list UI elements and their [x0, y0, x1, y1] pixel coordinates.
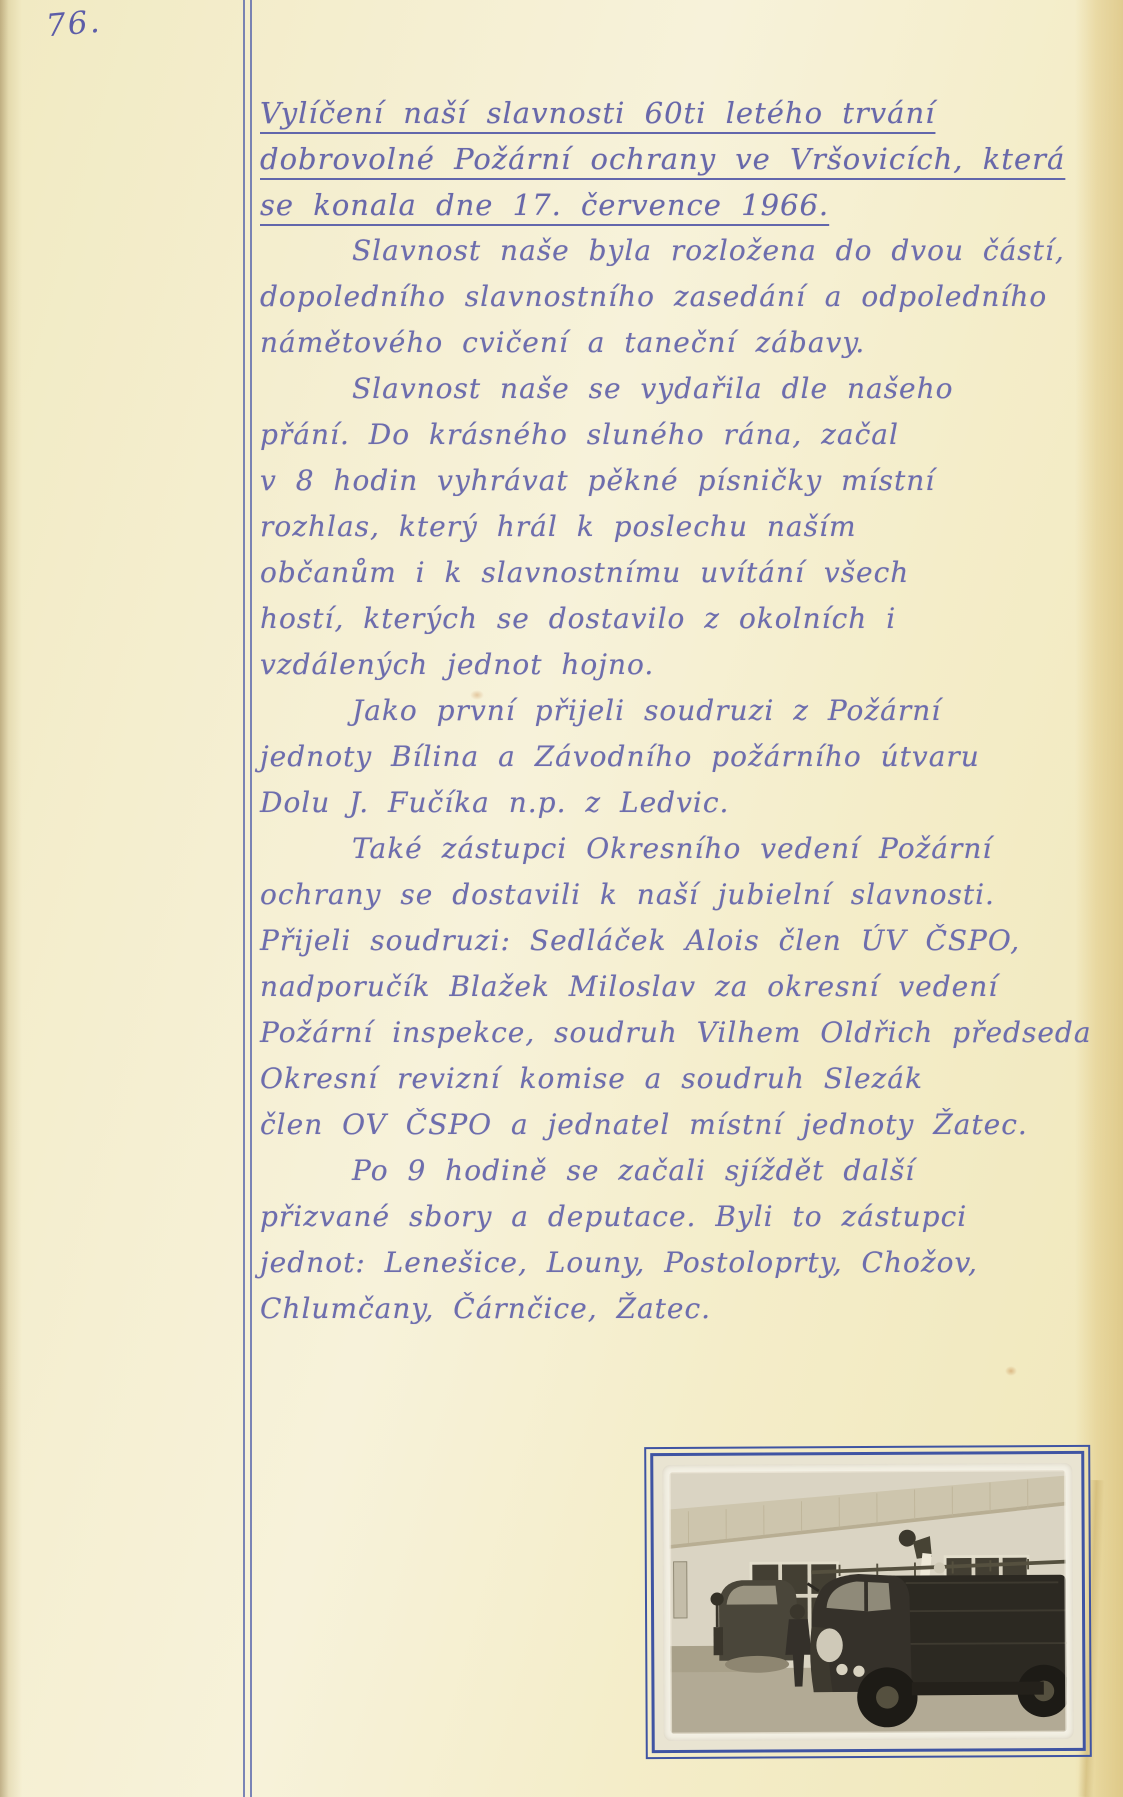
handwritten-line: jednoty Bílina a Závodního požárního útv…	[260, 734, 1120, 780]
handwritten-line: nadporučík Blažek Miloslav za okresní ve…	[260, 964, 1120, 1010]
handwritten-line: Požární inspekce, soudruh Vilhem Oldřich…	[260, 1010, 1120, 1056]
handwritten-line: dobrovolné Požární ochrany ve Vršovicích…	[260, 136, 1120, 182]
handwritten-line: hostí, kterých se dostavilo z okolních i	[260, 596, 1120, 642]
chronicle-page: 76. Vylíčení naší slavnosti 60ti letého …	[0, 0, 1123, 1797]
handwritten-line: Po 9 hodině se začali sjíždět další	[260, 1148, 1120, 1194]
handwritten-line: vzdálených jednot hojno.	[260, 642, 1120, 688]
small-fire-truck	[710, 1580, 800, 1673]
handwritten-line: Jako první přijeli soudruzi z Požární	[260, 688, 1120, 734]
handwritten-line: dopoledního slavnostního zasedání a odpo…	[260, 274, 1120, 320]
photo-frame	[644, 1445, 1092, 1759]
handwritten-line: Také zástupci Okresního vedení Požární	[260, 826, 1120, 872]
handwritten-line: Přijeli soudruzi: Sedláček Alois člen ÚV…	[260, 918, 1120, 964]
margin-ruled-line	[243, 0, 252, 1797]
handwritten-line: rozhlas, který hrál k poslechu naším	[260, 504, 1120, 550]
fire-trucks-photo	[669, 1470, 1066, 1734]
paper-stain	[1005, 1366, 1017, 1376]
handwritten-line: přizvané sbory a deputace. Byli to zástu…	[260, 1194, 1120, 1240]
photo-white-border	[662, 1463, 1073, 1741]
page-left-edge-shadow	[0, 0, 22, 1797]
handwritten-line: občanům i k slavnostnímu uvítání všech	[260, 550, 1120, 596]
handwritten-line: Slavnost naše byla rozložena do dvou čás…	[260, 228, 1120, 274]
handwritten-line: Dolu J. Fučíka n.p. z Ledvic.	[260, 780, 1120, 826]
handwritten-line: námětového cvičení a taneční zábavy.	[260, 320, 1120, 366]
page-number: 76.	[45, 4, 103, 45]
handwritten-line: Okresní revizní komise a soudruh Slezák	[260, 1056, 1120, 1102]
handwritten-line: přání. Do krásného sluného rána, začal	[260, 412, 1120, 458]
handwritten-line: Slavnost naše se vydařila dle našeho	[260, 366, 1120, 412]
handwritten-line: člen OV ČSPO a jednatel místní jednoty Ž…	[260, 1102, 1120, 1148]
handwritten-text: Vylíčení naší slavnosti 60ti letého trvá…	[260, 90, 1120, 1332]
photo-frame-inner-line	[650, 1451, 1086, 1753]
handwritten-line: jednot: Lenešice, Louny, Postoloprty, Ch…	[260, 1240, 1120, 1286]
handwritten-line: ochrany se dostavili k naší jubielní sla…	[260, 872, 1120, 918]
handwritten-line: Vylíčení naší slavnosti 60ti letého trvá…	[260, 90, 1120, 136]
handwritten-line: v 8 hodin vyhrávat pěkné písničky místní	[260, 458, 1120, 504]
handwritten-line: Chlumčany, Čárnčice, Žatec.	[260, 1286, 1120, 1332]
handwritten-line: se konala dne 17. července 1966.	[260, 182, 1120, 228]
